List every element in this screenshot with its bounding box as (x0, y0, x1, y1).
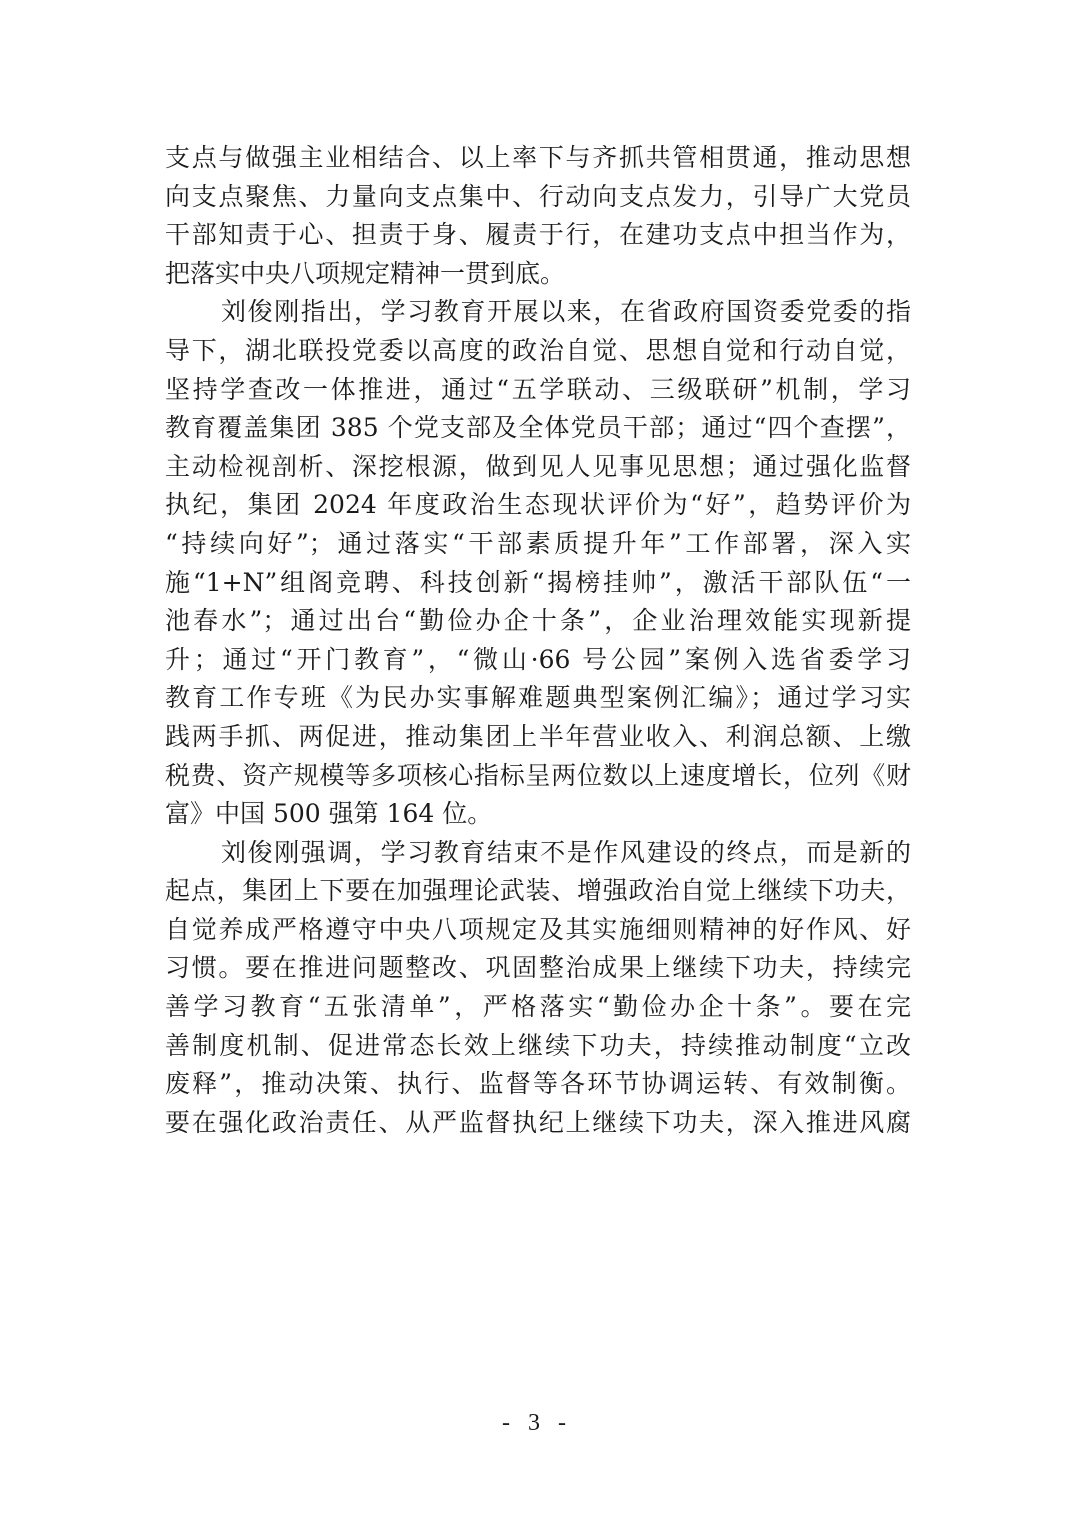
text-line: 教育工作专班《为民办实事解难题典型案例汇编》；通过学习实 (165, 679, 911, 718)
page-number: - 3 - (0, 1410, 1074, 1437)
text-line: 税费、资产规模等多项核心指标呈两位数以上速度增长，位列《财 (165, 757, 911, 796)
text-line: 坚持学查改一体推进，通过“五学联动、三级联研”机制，学习 (165, 371, 911, 410)
text-line: 善学习教育“五张清单”，严格落实“勤俭办企十条”。要在完 (165, 988, 911, 1027)
text-line: 习惯。要在推进问题整改、巩固整治成果上继续下功夫，持续完 (165, 949, 911, 988)
text-line: 施“1+N”组阁竞聘、科技创新“揭榜挂帅”，激活干部队伍“一 (165, 564, 911, 603)
text-line: “持续向好”；通过落实“干部素质提升年”工作部署，深入实 (165, 525, 911, 564)
text-line: 池春水”；通过出台“勤俭办企十条”，企业治理效能实现新提 (165, 602, 911, 641)
body-text: 支点与做强主业相结合、以上率下与齐抓共管相贯通，推动思想 向支点聚焦、力量向支点… (165, 139, 911, 1142)
text-line: 干部知责于心、担责于身、履责于行，在建功支点中担当作为， (165, 216, 911, 255)
text-line: 富》中国 500 强第 164 位。 (165, 795, 911, 834)
text-line: 刘俊刚指出，学习教育开展以来，在省政府国资委党委的指 (165, 293, 911, 332)
text-line: 起点，集团上下要在加强理论武装、增强政治自觉上继续下功夫， (165, 872, 911, 911)
document-page: 支点与做强主业相结合、以上率下与齐抓共管相贯通，推动思想 向支点聚焦、力量向支点… (0, 0, 1074, 1520)
text-line: 践两手抓、两促进，推动集团上半年营业收入、利润总额、上缴 (165, 718, 911, 757)
text-line: 向支点聚焦、力量向支点集中、行动向支点发力，引导广大党员 (165, 178, 911, 217)
text-line: 刘俊刚强调，学习教育结束不是作风建设的终点，而是新的 (165, 834, 911, 873)
text-line: 执纪，集团 2024 年度政治生态现状评价为“好”，趋势评价为 (165, 486, 911, 525)
text-line: 自觉养成严格遵守中央八项规定及其实施细则精神的好作风、好 (165, 911, 911, 950)
text-line: 要在强化政治责任、从严监督执纪上继续下功夫，深入推进风腐 (165, 1104, 911, 1143)
text-line: 废释”，推动决策、执行、监督等各环节协调运转、有效制衡。 (165, 1065, 911, 1104)
text-line: 把落实中央八项规定精神一贯到底。 (165, 255, 911, 294)
text-line: 主动检视剖析、深挖根源，做到见人见事见思想；通过强化监督 (165, 448, 911, 487)
text-line: 支点与做强主业相结合、以上率下与齐抓共管相贯通，推动思想 (165, 139, 911, 178)
text-line: 教育覆盖集团 385 个党支部及全体党员干部；通过“四个查摆”， (165, 409, 911, 448)
text-line: 升；通过“开门教育”，“微山·66 号公园”案例入选省委学习 (165, 641, 911, 680)
text-line: 善制度机制、促进常态长效上继续下功夫，持续推动制度“立改 (165, 1027, 911, 1066)
text-line: 导下，湖北联投党委以高度的政治自觉、思想自觉和行动自觉， (165, 332, 911, 371)
